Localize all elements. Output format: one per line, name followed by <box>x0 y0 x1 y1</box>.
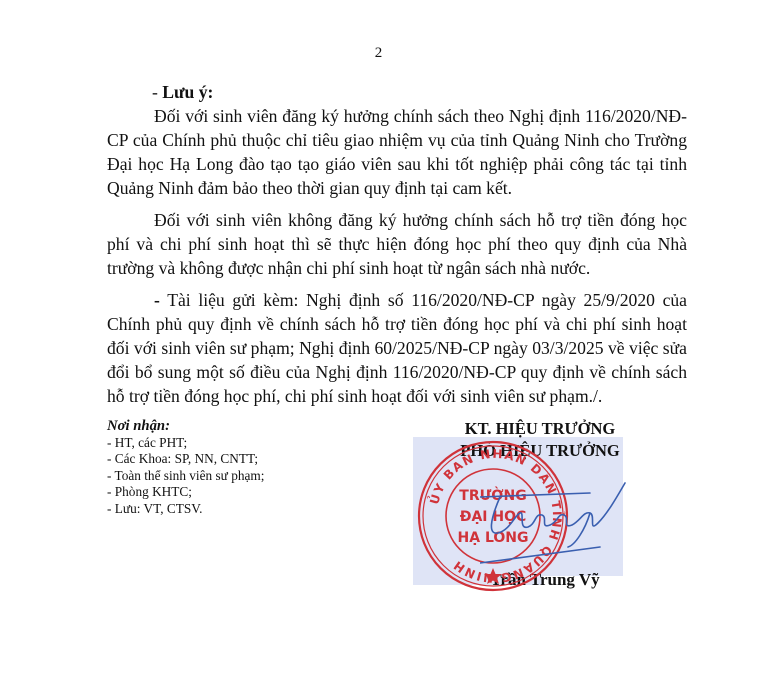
recipients-title: Nơi nhận: <box>107 418 264 435</box>
attachments-paragraph: - Tài liệu gửi kèm: Nghị định số 116/202… <box>107 288 687 408</box>
recipient-item: - Lưu: VT, CTSV. <box>107 501 264 518</box>
recipients-block: Nơi nhận: - HT, các PHT; - Các Khoa: SP,… <box>107 418 264 517</box>
page-number: 2 <box>0 45 757 62</box>
recipients-list: - HT, các PHT; - Các Khoa: SP, NN, CNTT;… <box>107 435 264 518</box>
handwritten-signature <box>480 475 630 575</box>
note-heading: - Lưu ý: <box>107 80 687 104</box>
document-body: - Lưu ý: Đối với sinh viên đăng ký hưởng… <box>107 80 687 408</box>
recipient-item: - Phòng KHTC; <box>107 484 264 501</box>
recipient-item: - HT, các PHT; <box>107 435 264 452</box>
note-paragraph-1: Đối với sinh viên đăng ký hưởng chính sá… <box>107 104 687 200</box>
recipient-item: - Các Khoa: SP, NN, CNTT; <box>107 451 264 468</box>
note-paragraph-2: Đối với sinh viên không đăng ký hưởng ch… <box>107 208 687 280</box>
recipient-item: - Toàn thể sinh viên sư phạm; <box>107 468 264 485</box>
